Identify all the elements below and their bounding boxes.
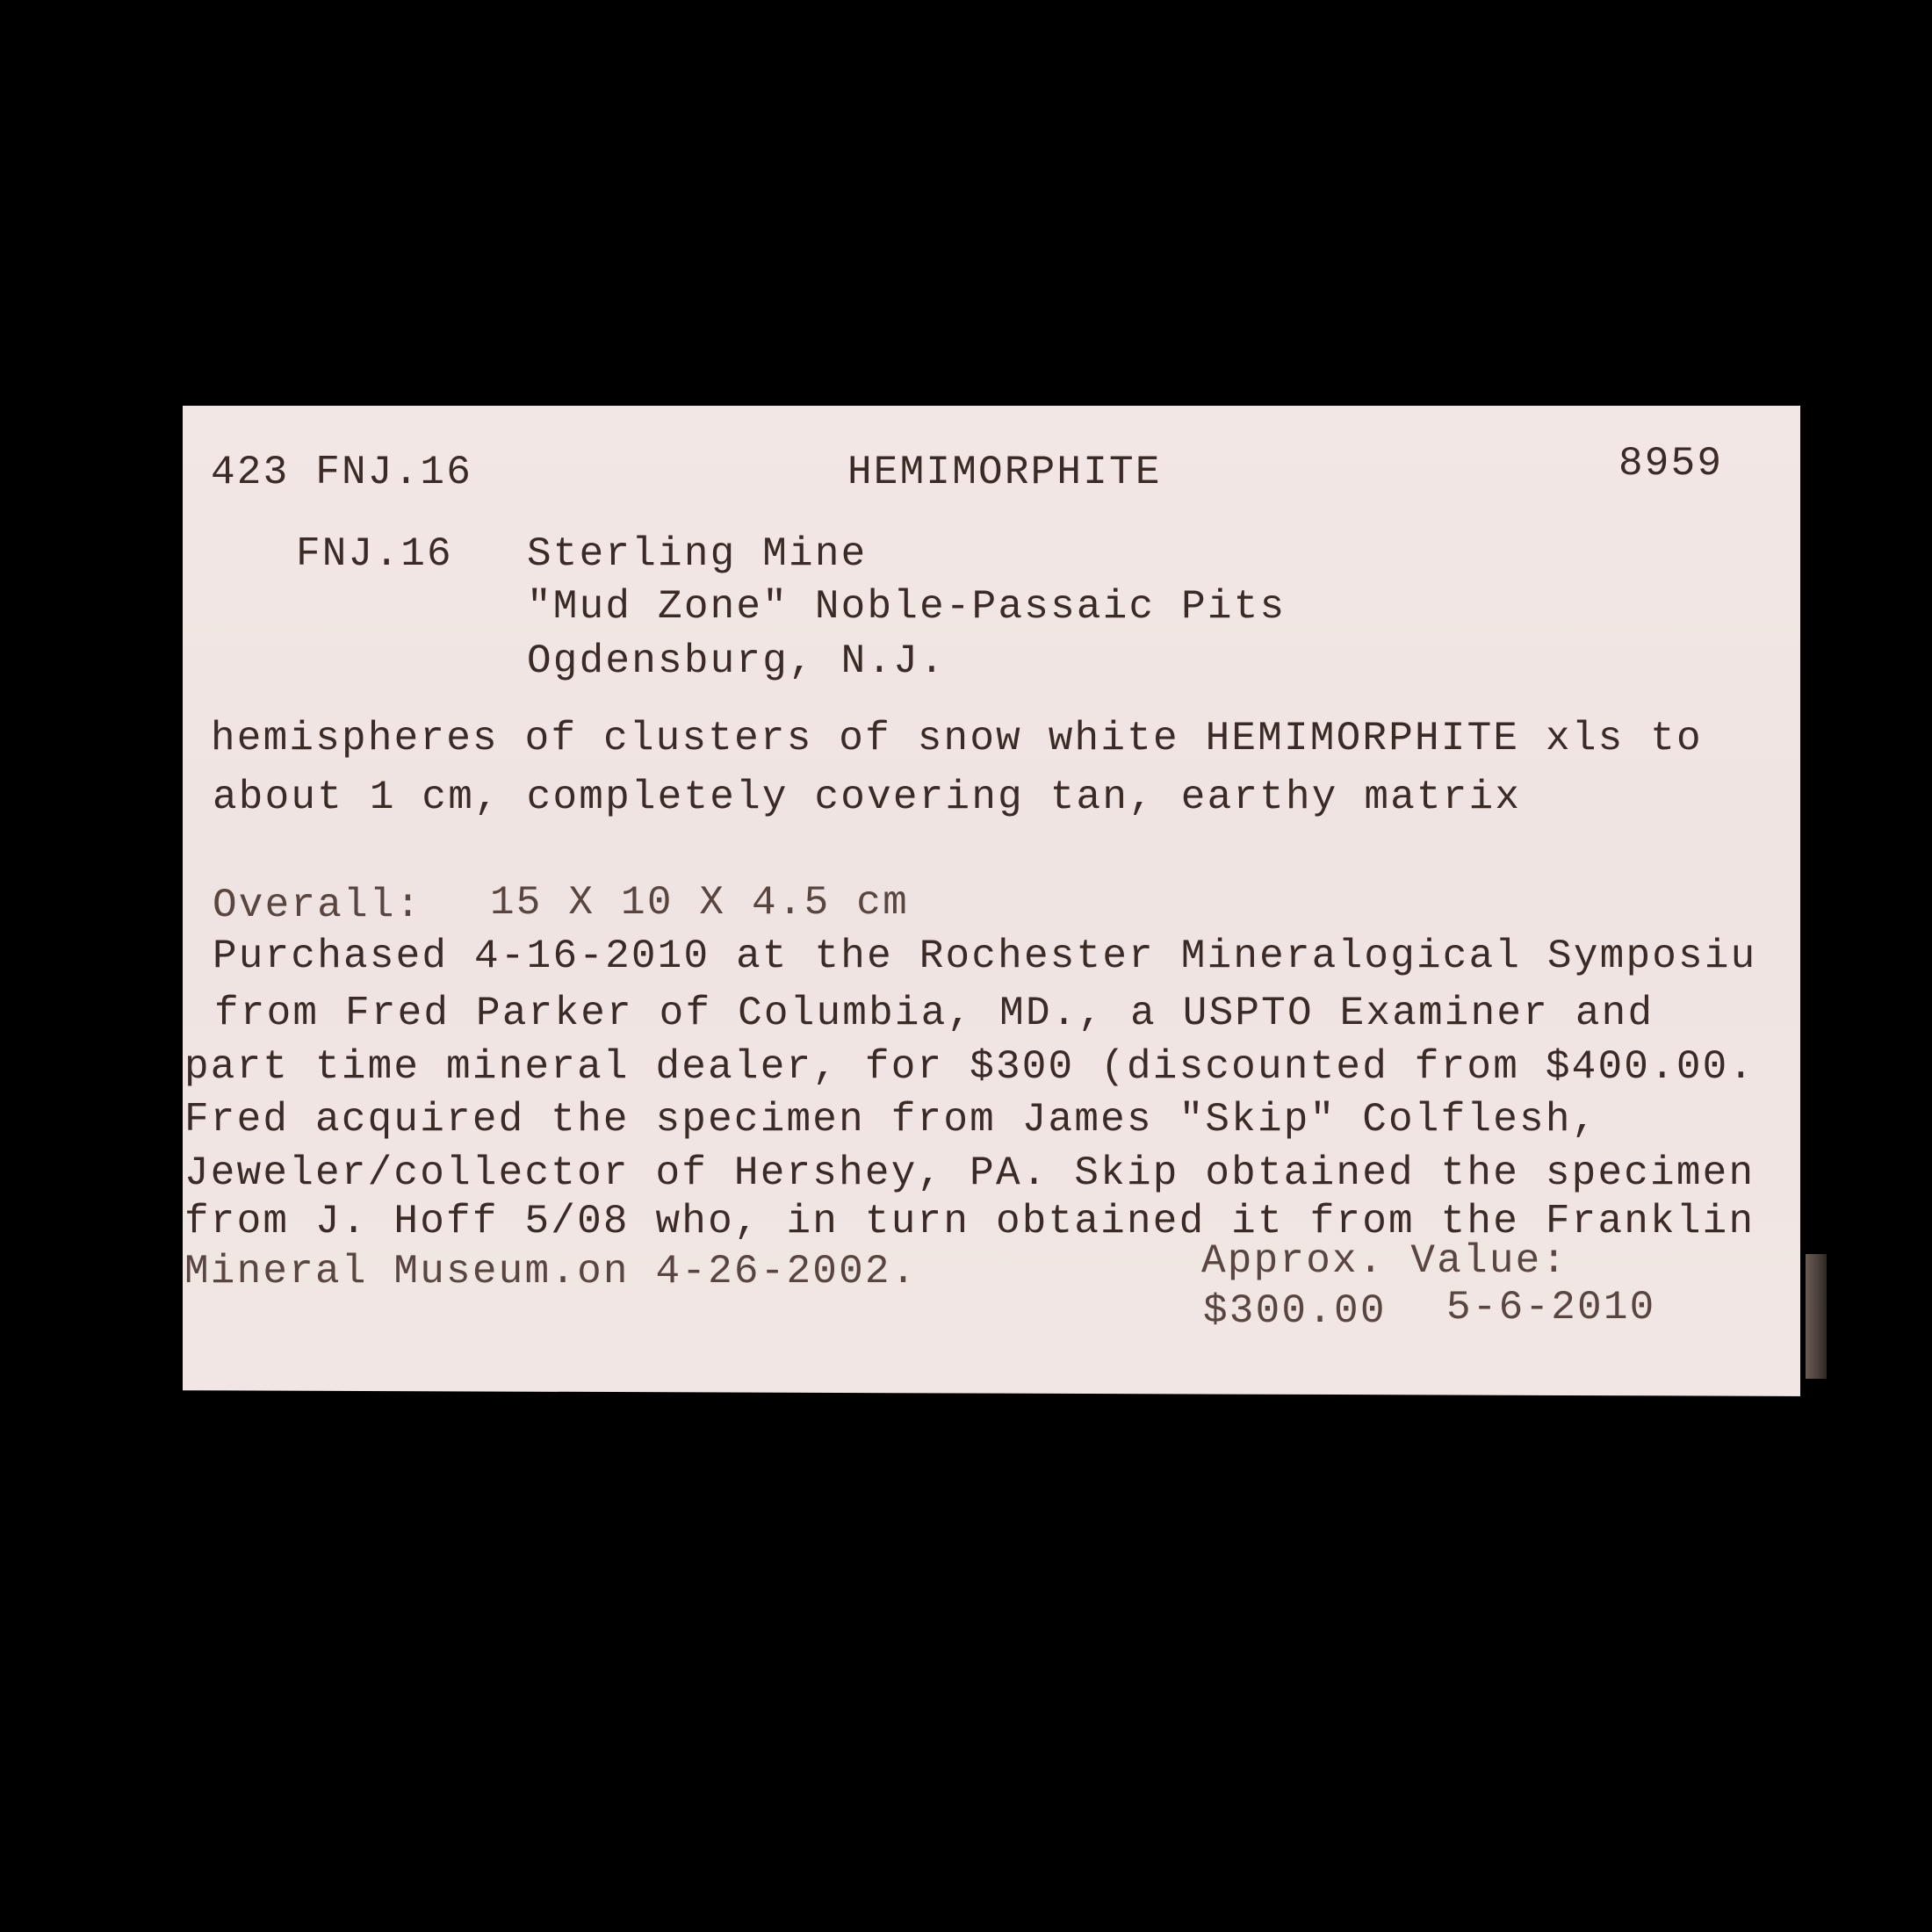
- dimensions-value: 15 X 10 X 4.5 cm: [490, 883, 909, 923]
- locality-line: "Mud Zone" Noble-Passaic Pits: [527, 587, 1286, 627]
- description-line: about 1 cm, completely covering tan, ear…: [213, 777, 1521, 818]
- valuation-label: Approx. Value:: [1201, 1241, 1568, 1281]
- catalog-reference: 423 FNJ.16: [211, 452, 472, 493]
- valuation-date: 5-6-2010: [1446, 1287, 1655, 1328]
- description-line: hemispheres of clusters of snow white HE…: [211, 718, 1703, 759]
- provenance-line: Fred acquired the specimen from James "S…: [184, 1099, 1597, 1140]
- provenance-line: Mineral Museum.on 4-26-2002.: [184, 1251, 918, 1292]
- mineral-name: HEMIMORPHITE: [847, 452, 1162, 493]
- specimen-edge-strip: [1806, 1254, 1827, 1379]
- valuation-amount: $300.00: [1203, 1291, 1387, 1331]
- provenance-line: from J. Hoff 5/08 who, in turn obtained …: [184, 1201, 1755, 1242]
- provenance-line: from Fred Parker of Columbia, MD., a USP…: [214, 993, 1654, 1034]
- locality-line: Sterling Mine: [527, 534, 867, 574]
- provenance-line: Jeweler/collector of Hershey, PA. Skip o…: [184, 1153, 1755, 1193]
- dimensions-label: Overall:: [213, 885, 422, 926]
- locality-line: Ogdensburg, N.J.: [527, 641, 946, 681]
- specimen-number: 8959: [1618, 443, 1723, 484]
- provenance-line: part time mineral dealer, for $300 (disc…: [184, 1047, 1755, 1087]
- provenance-line: Purchased 4-16-2010 at the Rochester Min…: [213, 936, 1756, 977]
- locality-code: FNJ.16: [296, 534, 453, 574]
